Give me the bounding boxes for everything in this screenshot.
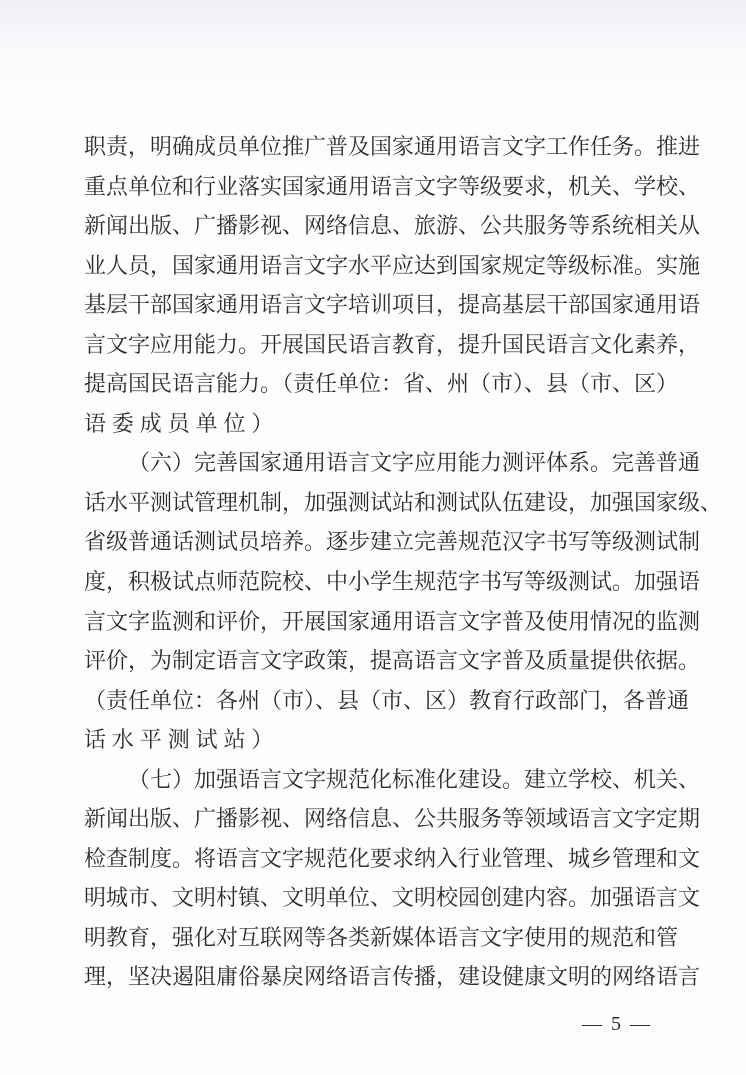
section-heading-line: （七）加强语言文字规范化标准化建设。建立学校、机关、 (84, 761, 672, 801)
text-line: 省级普通话测试员培养。逐步建立完善规范汉字书写等级测试制 (84, 523, 672, 563)
text-line: 评价，为制定语言文字政策，提高语言文字普及质量提供依据。 (84, 642, 672, 682)
text-line: 检查制度。将语言文字规范化要求纳入行业管理、城乡管理和文 (84, 840, 672, 880)
text-line: 重点单位和行业落实国家通用语言文字等级要求，机关、学校、 (84, 168, 672, 208)
text-line: 新闻出版、广播影视、网络信息、公共服务等领域语言文字定期 (84, 800, 672, 840)
text-line: 言文字监测和评价，开展国家通用语言文字普及使用情况的监测 (84, 603, 672, 643)
text-line: 话水平测试站） (84, 721, 672, 761)
text-line: 度，积极试点师范院校、中小学生规范字书写等级测试。加强语 (84, 563, 672, 603)
text-line: 语委成员单位） (84, 405, 672, 445)
text-line: 职责，明确成员单位推广普及国家通用语言文字工作任务。推进 (84, 128, 672, 168)
text-line: 提高国民语言能力。（责任单位：省、州（市）、县（市、区） (84, 365, 672, 405)
text-line: 基层干部国家通用语言文字培训项目，提高基层干部国家通用语 (84, 286, 672, 326)
text-line: 新闻出版、广播影视、网络信息、旅游、公共服务等系统相关从 (84, 207, 672, 247)
text-line: （责任单位：各州（市）、县（市、区）教育行政部门，各普通 (84, 682, 672, 722)
text-line: 话水平测试管理机制，加强测试站和测试队伍建设，加强国家级、 (84, 484, 672, 524)
text-line: 言文字应用能力。开展国民语言教育，提升国民语言文化素养， (84, 326, 672, 366)
text-line: 业人员，国家通用语言文字水平应达到国家规定等级标准。实施 (84, 247, 672, 287)
document-body: 职责，明确成员单位推广普及国家通用语言文字工作任务。推进 重点单位和行业落实国家… (84, 128, 672, 998)
text-line: 理，坚决遏阻庸俗暴戾网络语言传播，建设健康文明的网络语言 (84, 958, 672, 998)
text-line: 明城市、文明村镇、文明单位、文明校园创建内容。加强语言文 (84, 879, 672, 919)
text-line: 明教育，强化对互联网等各类新媒体语言文字使用的规范和管 (84, 919, 672, 959)
section-heading-line: （六）完善国家通用语言文字应用能力测评体系。完善普通 (84, 444, 672, 484)
page-number: — 5 — (582, 1013, 652, 1036)
scan-shading (0, 0, 746, 110)
